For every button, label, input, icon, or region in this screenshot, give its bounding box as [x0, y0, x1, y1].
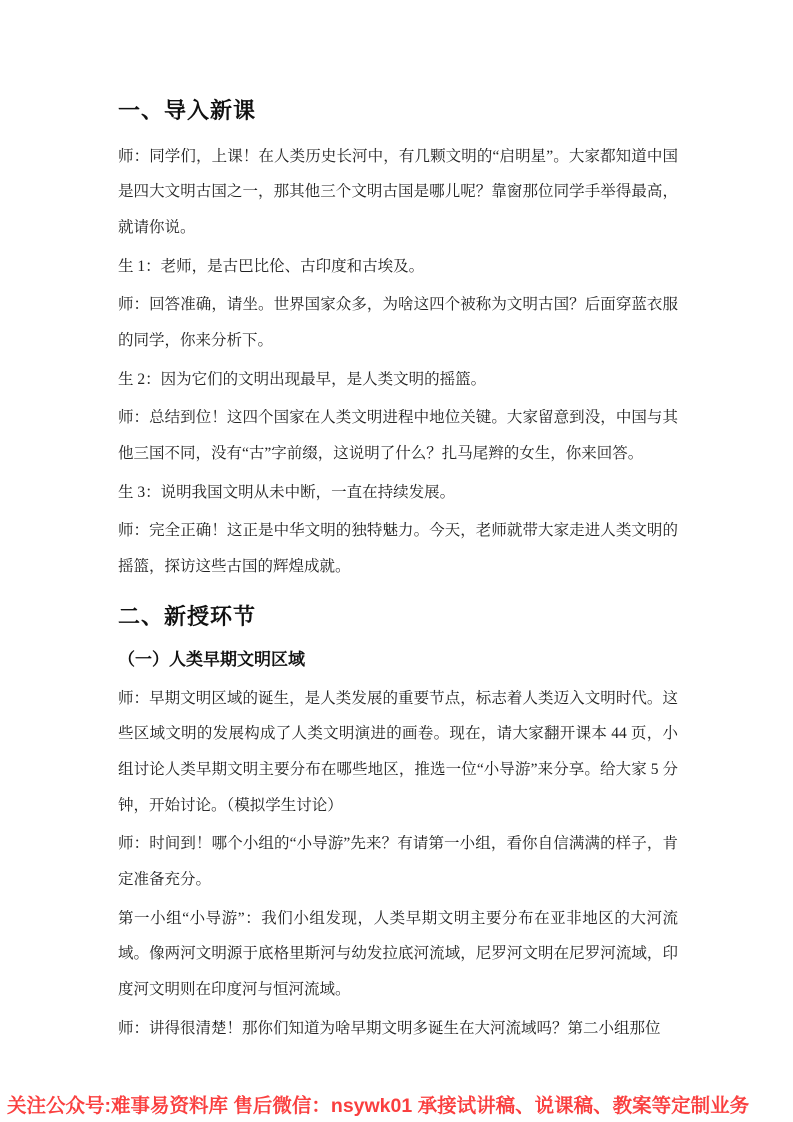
- paragraph-teacher-3: 师：总结到位！这四个国家在人类文明进程中地位关键。大家留意到没，中国与其他三国不…: [118, 400, 678, 471]
- section-heading-2: 二、新授环节: [118, 602, 678, 633]
- document-page: 一、导入新课 师：同学们，上课！在人类历史长河中，有几颗文明的“启明星”。大家都…: [0, 0, 793, 1122]
- section-heading-1: 一、导入新课: [118, 96, 678, 127]
- paragraph-student-1: 生 1：老师，是古巴比伦、古印度和古埃及。: [118, 249, 678, 285]
- paragraph-student-3: 生 3：说明我国文明从未中断，一直在持续发展。: [118, 475, 678, 511]
- promo-footer-text: 关注公众号:难事易资料库 售后微信：nsywk01 承接试讲稿、说课稿、教案等定…: [0, 1090, 749, 1118]
- paragraph-teacher-6: 师：时间到！哪个小组的“小导游”先来？有请第一小组，看你自信满满的样子，肯定准备…: [118, 826, 678, 897]
- sub-heading-1: （一）人类早期文明区域: [118, 647, 678, 673]
- paragraph-teacher-2: 师：回答准确，请坐。世界国家众多，为啥这四个被称为文明古国？后面穿蓝衣服的同学，…: [118, 287, 678, 358]
- paragraph-student-2: 生 2：因为它们的文明出现最早，是人类文明的摇篮。: [118, 362, 678, 398]
- paragraph-teacher-5: 师：早期文明区域的诞生，是人类发展的重要节点，标志着人类迈入文明时代。这些区域文…: [118, 681, 678, 824]
- paragraph-group-guide: 第一小组“小导游”：我们小组发现，人类早期文明主要分布在亚非地区的大河流域。像两…: [118, 901, 678, 1008]
- paragraph-teacher-intro: 师：同学们，上课！在人类历史长河中，有几颗文明的“启明星”。大家都知道中国是四大…: [118, 139, 678, 246]
- document-body: 一、导入新课 师：同学们，上课！在人类历史长河中，有几颗文明的“启明星”。大家都…: [118, 96, 678, 1049]
- paragraph-teacher-7: 师：讲得很清楚！那你们知道为啥早期文明多诞生在大河流域吗？第二小组那位: [118, 1011, 678, 1047]
- promo-footer: 关注公众号:难事易资料库 售后微信：nsywk01 承接试讲稿、说课稿、教案等定…: [0, 1086, 793, 1122]
- paragraph-teacher-4: 师：完全正确！这正是中华文明的独特魅力。今天，老师就带大家走进人类文明的摇篮，探…: [118, 513, 678, 584]
